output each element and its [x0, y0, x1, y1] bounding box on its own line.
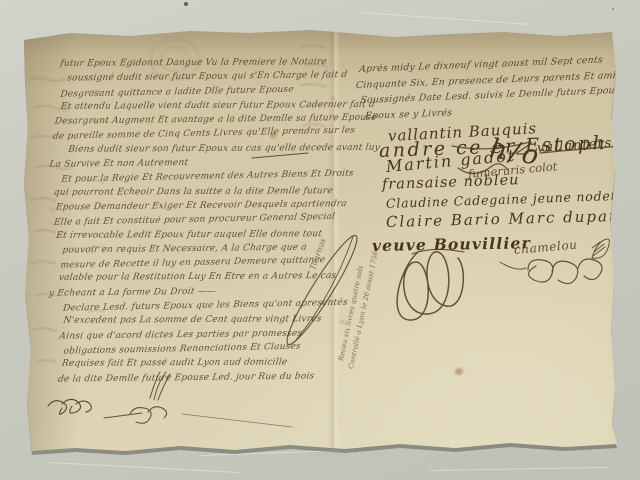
signature-fransaise-nobleu: fransaise nobleu: [382, 172, 520, 193]
foxing-stain: [455, 368, 463, 375]
handwriting-line: de la dite Demlle future Epouse Led. jou…: [57, 369, 321, 387]
dust-speck: [612, 8, 614, 10]
foxing-stain: [50, 208, 54, 212]
signature-veuve-bouvillier: veuve Bouvillier: [372, 233, 531, 255]
photo-of-manuscript: futur Epoux Egidonnt Dangue Vu la Premie…: [0, 0, 640, 480]
ink-scratch-line: [182, 414, 292, 427]
paraph-link: [500, 262, 526, 269]
center-fold-crease: [328, 30, 340, 450]
background-scratch: [50, 462, 240, 473]
right-page-intro-block: Aprés midy Le dixneuf vingt aoust mil Se…: [359, 52, 617, 124]
left-page-text-block: futur Epoux Egidonnt Dangue Vu la Premie…: [60, 54, 320, 386]
manuscript-paper: futur Epoux Egidonnt Dangue Vu la Premie…: [0, 0, 640, 480]
paraph-large: [397, 252, 463, 320]
ink-doodle: [104, 407, 167, 424]
background-scratch: [430, 467, 610, 471]
ink-doodle: [48, 399, 91, 414]
paraph-loops: [528, 259, 602, 284]
signature-claire-bario: Claire Bario Marc dupat: [386, 207, 617, 231]
leaf-flourish: [592, 239, 609, 258]
background-scratch: [360, 12, 530, 25]
dust-speck: [184, 2, 188, 6]
